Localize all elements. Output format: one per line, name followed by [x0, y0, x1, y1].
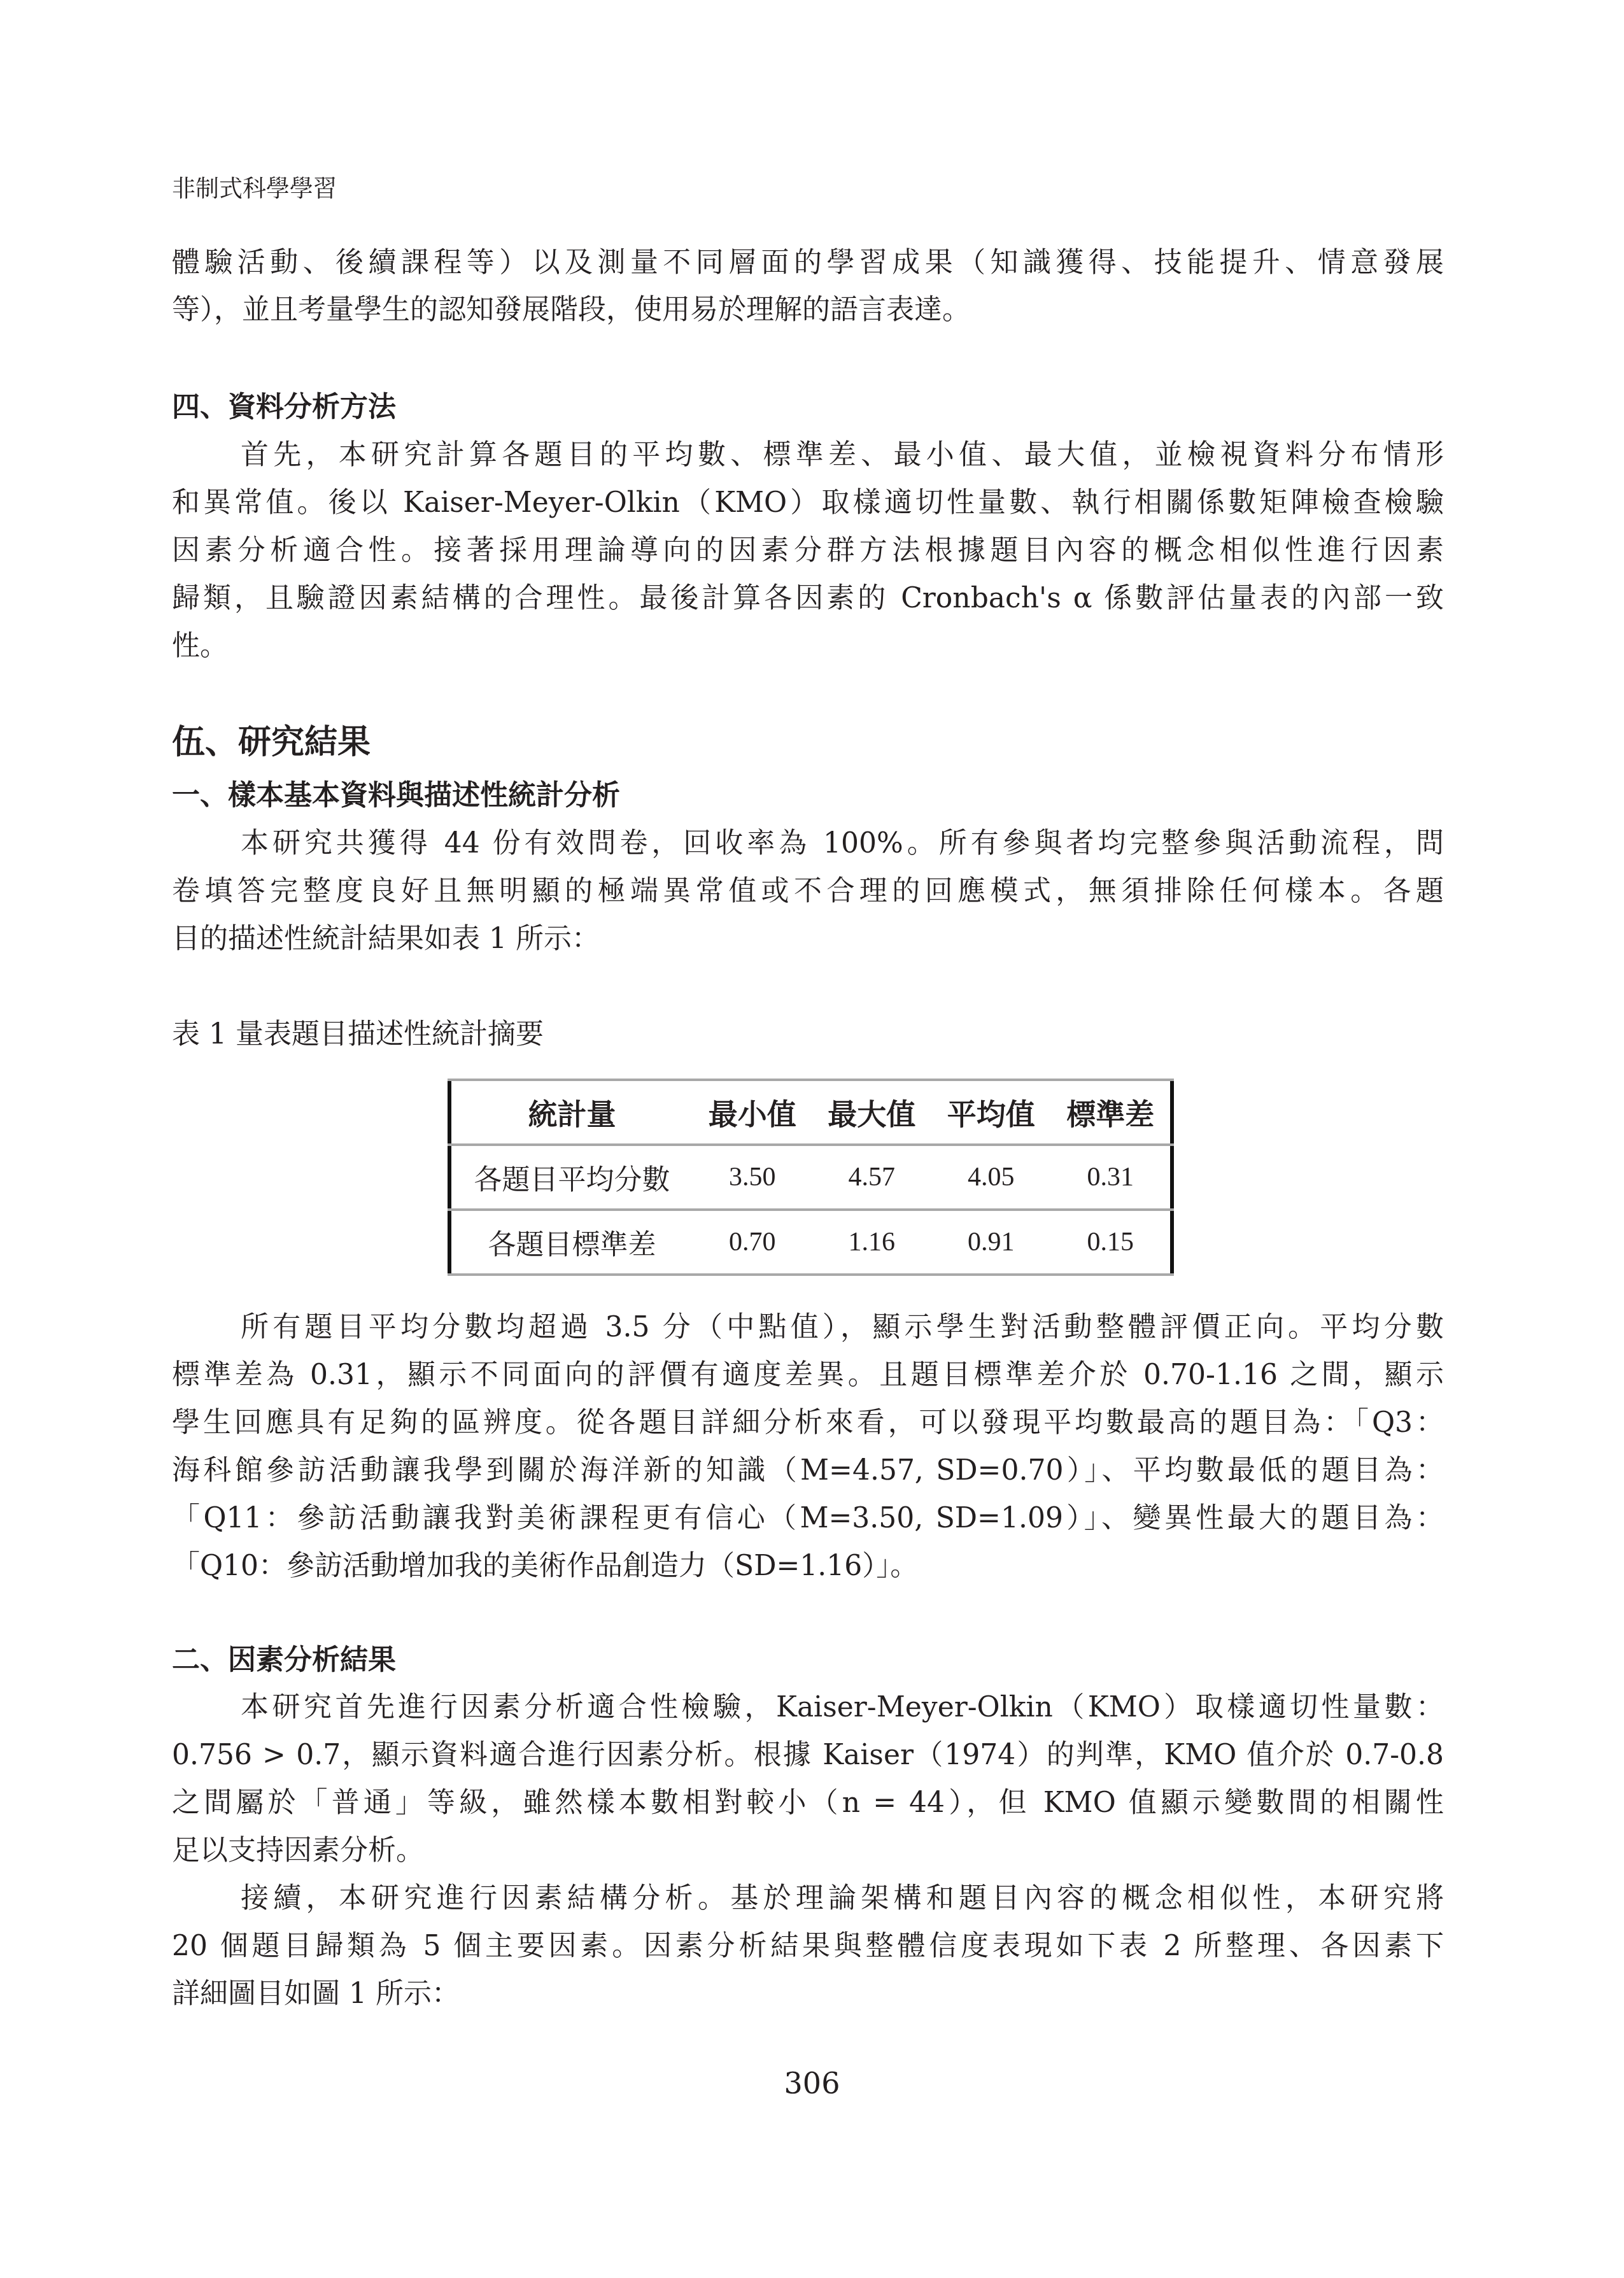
paragraph-line: 首先，本研究計算各題目的平均數、標準差、最小值、最大值，並檢視資料分布情形 — [241, 436, 1444, 474]
table-cell: 0.70 — [693, 1227, 812, 1257]
descriptive-stats-table: 統計量 最小值 最大值 平均值 標準差 各題目平均分數 3.50 4.57 4.… — [448, 1079, 1174, 1276]
table-cell: 0.15 — [1051, 1227, 1171, 1257]
table-cell: 0.31 — [1051, 1162, 1171, 1192]
paragraph-line: 目的描述性統計結果如表 1 所示： — [172, 920, 1444, 958]
paragraph-line: 接續，本研究進行因素結構分析。基於理論架構和題目內容的概念相似性，本研究將 — [241, 1879, 1444, 1918]
table-row: 各題目平均分數 3.50 4.57 4.05 0.31 — [451, 1145, 1170, 1210]
table-cell: 0.91 — [931, 1227, 1051, 1257]
column-header-mean: 平均值 — [931, 1091, 1051, 1133]
paragraph-line: 體驗活動、後續課程等）以及測量不同層面的學習成果（知識獲得、技能提升、情意發展 — [172, 244, 1444, 282]
table-cell: 4.57 — [812, 1162, 932, 1192]
paragraph-line: 詳細圖目如圖 1 所示： — [172, 1975, 1444, 2013]
table-row: 各題目標準差 0.70 1.16 0.91 0.15 — [451, 1210, 1170, 1275]
paragraph-line: 本研究共獲得 44 份有效問卷，回收率為 100%。所有參與者均完整參與活動流程… — [241, 824, 1444, 863]
column-header-max: 最大值 — [812, 1091, 932, 1133]
paragraph-line: 海科館參訪活動讓我學到關於海洋新的知識（M=4.57, SD=0.70）」、平均… — [172, 1452, 1444, 1490]
paragraph-line: 0.756 > 0.7，顯示資料適合進行因素分析。根據 Kaiser（1974）… — [172, 1736, 1444, 1774]
paragraph-line: 等），並且考量學生的認知發展階段，使用易於理解的語言表達。 — [172, 291, 1444, 329]
running-header: 非制式科學學習 — [172, 173, 337, 205]
paragraph-line: 20 個題目歸類為 5 個主要因素。因素分析結果與整體信度表現如下表 2 所整理… — [172, 1927, 1444, 1965]
paragraph-line: 性。 — [172, 627, 1444, 665]
chapter-heading-results: 伍、研究結果 — [172, 721, 371, 763]
paragraph-line: 歸類，且驗證因素結構的合理性。最後計算各因素的 Cronbach's α 係數評… — [172, 579, 1444, 618]
column-header-sd: 標準差 — [1051, 1091, 1171, 1133]
paragraph-line: 和異常值。後以 Kaiser-Meyer-Olkin（KMO）取樣適切性量數、執… — [172, 484, 1444, 522]
row-label: 各題目平均分數 — [451, 1157, 693, 1198]
table-cell: 1.16 — [812, 1227, 932, 1257]
paragraph-line: 「Q11：參訪活動讓我對美術課程更有信心（M=3.50, SD=1.09）」、變… — [172, 1499, 1444, 1538]
paragraph-line: 標準差為 0.31，顯示不同面向的評價有適度差異。且題目標準差介於 0.70-1… — [172, 1356, 1444, 1394]
paragraph-line: 因素分析適合性。接著採用理論導向的因素分群方法根據題目內容的概念相似性進行因素 — [172, 532, 1444, 570]
section-heading-data-analysis: 四、資料分析方法 — [172, 388, 396, 427]
table-cell: 3.50 — [693, 1162, 812, 1192]
paragraph-line: 卷填答完整度良好且無明顯的極端異常值或不合理的回應模式，無須排除任何樣本。各題 — [172, 872, 1444, 910]
table-cell: 4.05 — [931, 1162, 1051, 1192]
paragraph-line: 足以支持因素分析。 — [172, 1832, 1444, 1870]
column-header-statistic: 統計量 — [451, 1091, 693, 1133]
column-header-min: 最小值 — [693, 1091, 812, 1133]
row-label: 各題目標準差 — [451, 1222, 693, 1263]
section-heading-descriptive-stats: 一、樣本基本資料與描述性統計分析 — [172, 777, 620, 815]
table-caption: 表 1 量表題目描述性統計摘要 — [172, 1015, 544, 1054]
paragraph-line: 學生回應具有足夠的區辨度。從各題目詳細分析來看，可以發現平均數最高的題目為：「Q… — [172, 1404, 1444, 1442]
paragraph-line: 「Q10：參訪活動增加我的美術作品創造力（SD=1.16）」。 — [172, 1547, 1444, 1585]
section-heading-factor-analysis: 二、因素分析結果 — [172, 1641, 396, 1680]
paragraph-line: 本研究首先進行因素分析適合性檢驗，Kaiser-Meyer-Olkin（KMO）… — [241, 1688, 1444, 1727]
paragraph-line: 所有題目平均分數均超過 3.5 分（中點值），顯示學生對活動整體評價正向。平均分… — [241, 1308, 1444, 1347]
paragraph-line: 之間屬於「普通」等級，雖然樣本數相對較小（n = 44），但 KMO 值顯示變數… — [172, 1784, 1444, 1822]
table-header-row: 統計量 最小值 最大值 平均值 標準差 — [451, 1080, 1170, 1145]
page-number: 306 — [0, 2065, 1624, 2101]
